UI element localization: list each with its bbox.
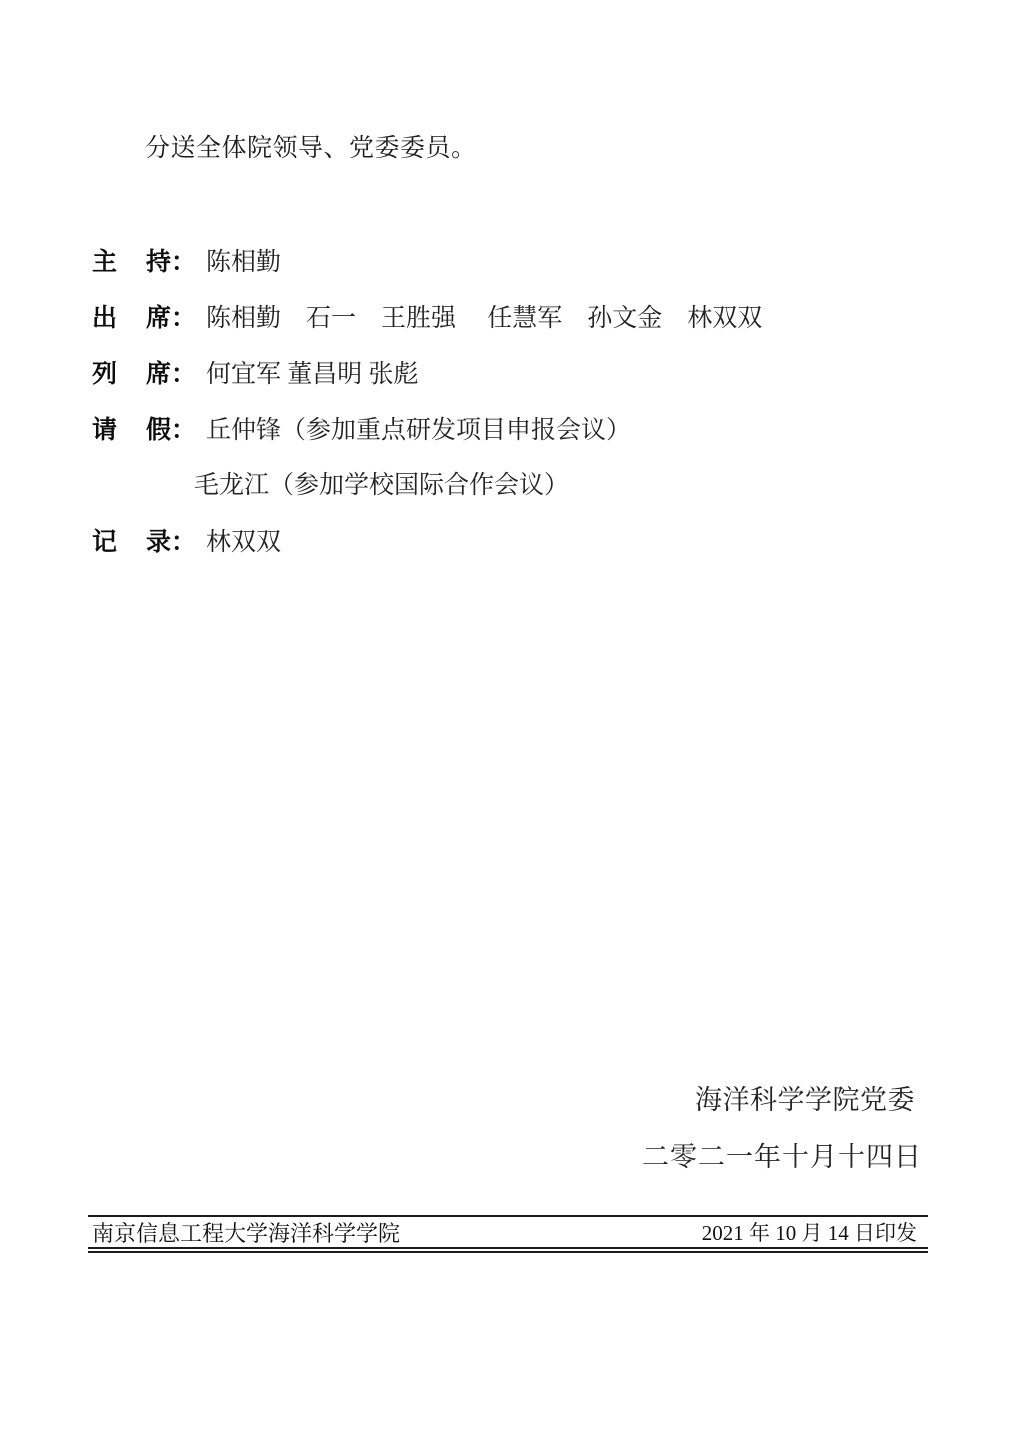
row-label-observers: 列席： — [92, 359, 196, 389]
row-label-host: 主持： — [92, 247, 196, 277]
label-char: 请 — [92, 415, 117, 445]
observer-names: 何宜军 董昌明 张彪 — [206, 360, 419, 390]
document-page: 分送全体院领导、党委委员。 主持： 陈相勤 出席： 陈相勤 石一 王胜强 任慧军… — [0, 0, 1024, 1448]
issuing-unit: 南京信息工程大学海洋科学学院 — [92, 1217, 400, 1248]
label-char: 列 — [92, 359, 117, 389]
label-char: 主 — [92, 247, 117, 277]
label-char: 假： — [146, 415, 196, 445]
meeting-row-leave: 请假： 丘仲锋（参加重点研发项目申报会议） — [92, 415, 762, 445]
recorder-name: 林双双 — [206, 528, 281, 558]
leave-name-1: 丘仲锋（参加重点研发项目申报会议） — [206, 416, 631, 446]
label-char: 记 — [92, 527, 117, 557]
meeting-row-recorder: 记录： 林双双 — [92, 527, 762, 557]
label-char: 出 — [92, 303, 117, 333]
label-char: 席： — [146, 359, 196, 389]
meeting-row-host: 主持： 陈相勤 — [92, 247, 762, 277]
host-names: 陈相勤 — [206, 248, 281, 278]
meeting-info-block: 主持： 陈相勤 出席： 陈相勤 石一 王胜强 任慧军 孙文金 林双双 列席： 何… — [92, 247, 762, 583]
row-label-recorder: 记录： — [92, 527, 196, 557]
meeting-row-observers: 列席： 何宜军 董昌明 张彪 — [92, 359, 762, 389]
label-char: 录： — [146, 527, 196, 557]
signature-date: 二零二一年十月十四日 — [642, 1142, 922, 1172]
attendee-names: 陈相勤 石一 王胜强 任慧军 孙文金 林双双 — [206, 304, 762, 334]
meeting-row-leave-continuation: 毛龙江（参加学校国际合作会议） — [92, 471, 762, 501]
leave-name-2: 毛龙江（参加学校国际合作会议） — [194, 471, 569, 501]
label-char: 持： — [146, 247, 196, 277]
colophon-bar: 南京信息工程大学海洋科学学院 2021 年 10 月 14 日印发 — [88, 1215, 928, 1253]
distribution-note: 分送全体院领导、党委委员。 — [145, 133, 477, 165]
colophon-row: 南京信息工程大学海洋科学学院 2021 年 10 月 14 日印发 — [88, 1217, 928, 1247]
print-date: 2021 年 10 月 14 日印发 — [702, 1217, 917, 1247]
row-label-leave: 请假： — [92, 415, 196, 445]
label-char: 席： — [146, 303, 196, 333]
signature-organization: 海洋科学学院党委 — [695, 1085, 915, 1115]
meeting-row-attendees: 出席： 陈相勤 石一 王胜强 任慧军 孙文金 林双双 — [92, 303, 762, 333]
row-label-attendees: 出席： — [92, 303, 196, 333]
